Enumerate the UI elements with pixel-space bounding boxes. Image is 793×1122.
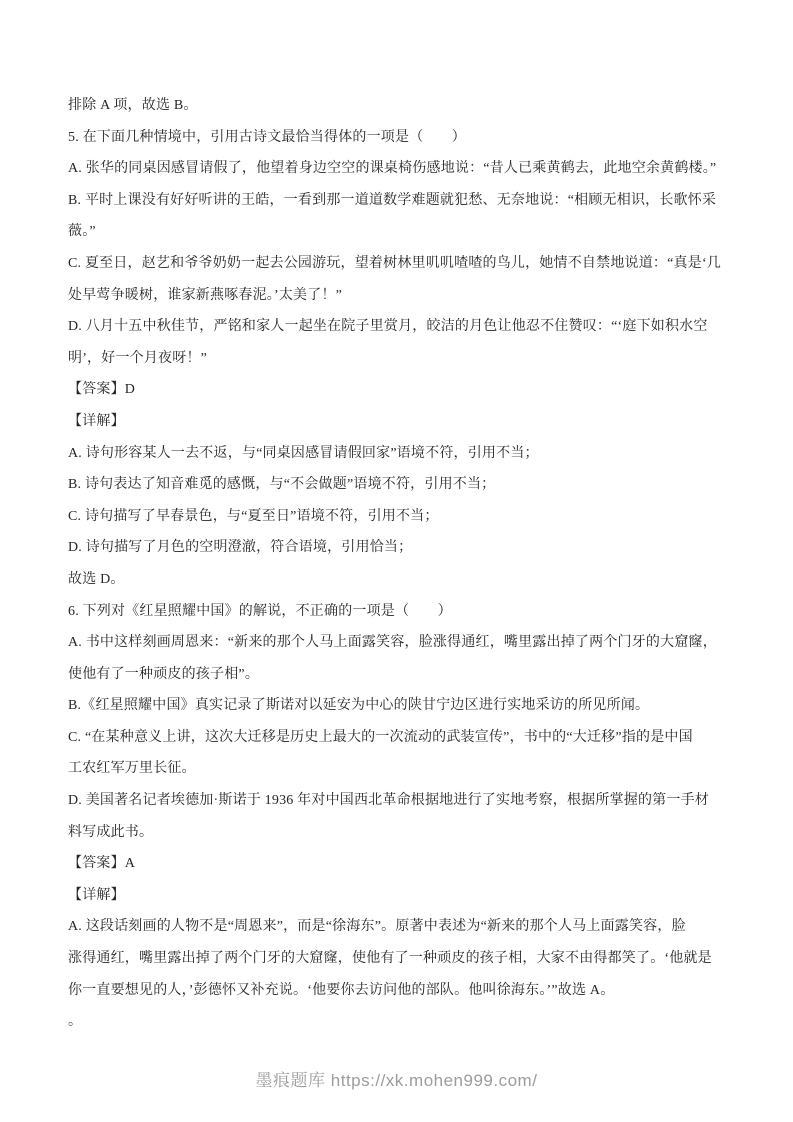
question-5-option-b-line-1: B. 平时上课没有好好听讲的王皓，一看到那一道道数学难题就犯愁、无奈地说：“相顾… [68, 185, 733, 217]
analysis-6-line-5: 。 [68, 1006, 733, 1038]
page-footer: 墨痕题库 https://xk.mohen999.com/ [0, 1066, 793, 1091]
question-5-option-d-line-1: D. 八月十五中秋佳节，严铭和家人一起坐在院子里赏月，皎洁的月色让他忍不住赞叹：… [68, 311, 733, 343]
question-5-option-b-line-2: 薇。” [68, 216, 733, 248]
answer-5: 【答案】D [68, 374, 733, 406]
analysis-6-line-2: A. 这段话刻画的人物不是“周恩来”，而是“徐海东”。原著中表述为“新来的那个人… [68, 911, 733, 943]
question-6-option-a-line-1: A. 书中这样刻画周恩来：“新来的那个人马上面露笑容，脸涨得通红，嘴里露出掉了两… [68, 627, 733, 659]
question-6-option-d-line-2: 料写成此书。 [68, 817, 733, 849]
analysis-6-line-3: 涨得通红，嘴里露出掉了两个门牙的大窟窿，使他有了一种顽皮的孩子相，大家不由得都笑… [68, 943, 733, 975]
question-6-option-c-line-2: 工农红军万里长征。 [68, 753, 733, 785]
question-5-stem: 5. 在下面几种情境中，引用古诗文最恰当得体的一项是（ ） [68, 122, 733, 154]
document-body: 排除 A 项，故选 B。5. 在下面几种情境中，引用古诗文最恰当得体的一项是（ … [68, 90, 733, 1038]
question-5-option-c-line-1: C. 夏至日，赵艺和爷爷奶奶一起去公园游玩，望着树林里叽叽喳喳的鸟儿，她情不自禁… [68, 248, 733, 280]
question-6-stem: 6. 下列对《红星照耀中国》的解说，不正确的一项是（ ） [68, 596, 733, 628]
analysis-6-line-1: 【详解】 [68, 880, 733, 912]
question-5-option-c-line-2: 处早莺争暖树，谁家新燕啄春泥。’太美了！” [68, 280, 733, 312]
question-6-option-d-line-1: D. 美国著名记者埃德加·斯诺于 1936 年对中国西北革命根据地进行了实地考察… [68, 785, 733, 817]
analysis-5-line-5: D. 诗句描写了月色的空明澄澈，符合语境，引用恰当； [68, 532, 733, 564]
analysis-5-line-2: A. 诗句形容某人一去不返，与“同桌因感冒请假回家”语境不符，引用不当； [68, 438, 733, 470]
question-6-option-b: B.《红星照耀中国》真实记录了斯诺对以延安为中心的陕甘宁边区进行实地采访的所见所… [68, 690, 733, 722]
footer-watermark-sitename: 墨痕题库 [256, 1071, 326, 1090]
answer-4-conclusion: 排除 A 项，故选 B。 [68, 90, 733, 122]
question-6-option-a-line-2: 使他有了一种顽皮的孩子相”。 [68, 659, 733, 691]
analysis-5-line-1: 【详解】 [68, 406, 733, 438]
analysis-5-line-4: C. 诗句描写了早春景色，与“夏至日”语境不符，引用不当； [68, 501, 733, 533]
question-6-option-c-line-1: C. “在某种意义上讲，这次大迁移是历史上最大的一次流动的武装宣传”，书中的“大… [68, 722, 733, 754]
footer-watermark-url: https://xk.mohen999.com/ [331, 1071, 538, 1090]
analysis-5-line-6: 故选 D。 [68, 564, 733, 596]
question-5-option-a: A. 张华的同桌因感冒请假了，他望着身边空空的课桌椅伤感地说：“昔人已乘黄鹤去，… [68, 153, 733, 185]
answer-6: 【答案】A [68, 848, 733, 880]
document-page: 排除 A 项，故选 B。5. 在下面几种情境中，引用古诗文最恰当得体的一项是（ … [0, 0, 793, 1122]
analysis-5-line-3: B. 诗句表达了知音难觅的感慨，与“不会做题”语境不符，引用不当； [68, 469, 733, 501]
question-5-option-d-line-2: 明’，好一个月夜呀！” [68, 343, 733, 375]
analysis-6-line-4: 你一直要想见的人，’彭德怀又补充说。‘他要你去访问他的部队。他叫徐海东。’”故选… [68, 975, 733, 1007]
